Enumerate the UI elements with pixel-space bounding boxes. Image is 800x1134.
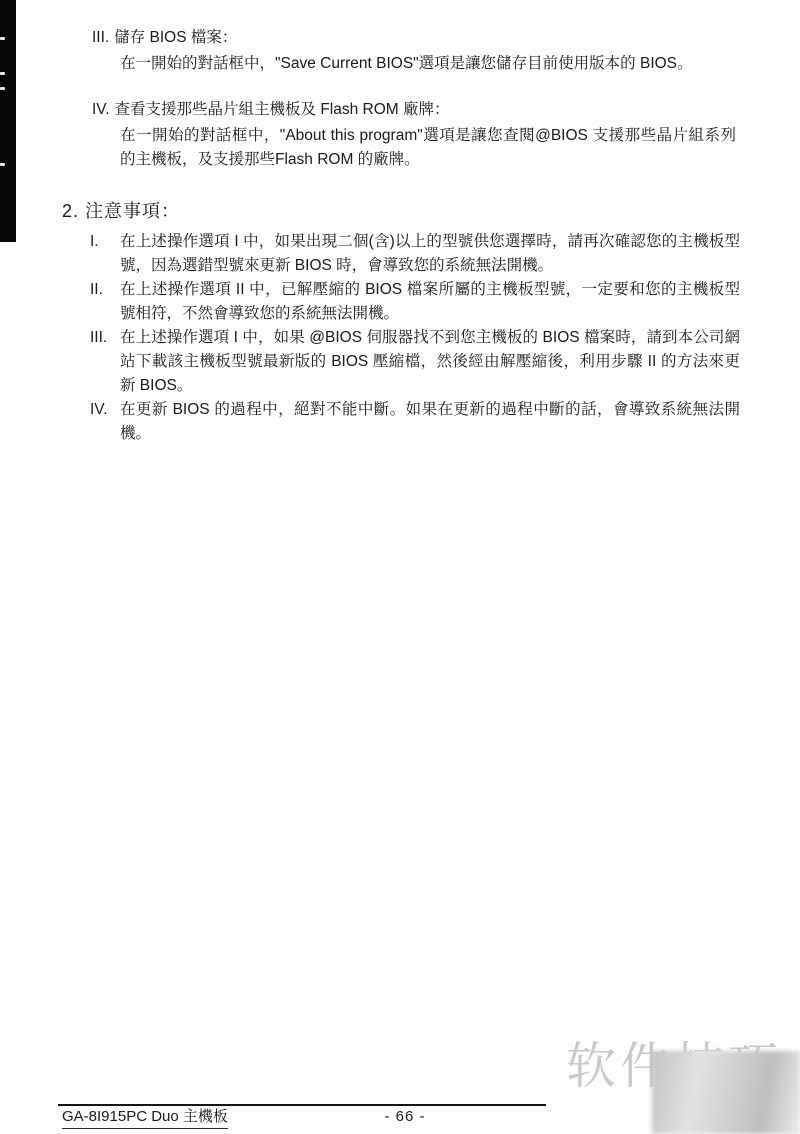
footer-page-number: - 66 - — [360, 1108, 450, 1125]
step-heading: IV.查看支援那些晶片組主機板及 Flash ROM 廠牌： — [92, 98, 740, 122]
step-label: III. — [92, 29, 109, 46]
manual-page: III.儲存 BIOS 檔案： 在一開始的對話框中，"Save Current … — [0, 0, 800, 1134]
note-number: II. — [90, 278, 120, 326]
note-item: III. 在上述操作選項 I 中，如果 @BIOS 伺服器找不到您主機板的 BI… — [90, 326, 740, 398]
page-body: III.儲存 BIOS 檔案： 在一開始的對話框中，"Save Current … — [0, 26, 800, 446]
step-item-about-program: IV.查看支援那些晶片組主機板及 Flash ROM 廠牌： 在一開始的對話框中… — [92, 98, 740, 172]
note-item: II. 在上述操作選項 II 中，已解壓縮的 BIOS 檔案所屬的主機板型號，一… — [90, 278, 740, 326]
step-body-text: 在一開始的對話框中，"Save Current BIOS"選項是讓您儲存目前使用… — [120, 52, 736, 76]
step-item-save-bios: III.儲存 BIOS 檔案： 在一開始的對話框中，"Save Current … — [92, 26, 740, 76]
step-label: IV. — [92, 101, 110, 118]
note-text: 在更新 BIOS 的過程中，絕對不能中斷。如果在更新的過程中斷的話，會導致系統無… — [120, 398, 740, 446]
step-title: 儲存 BIOS 檔案： — [114, 29, 237, 46]
note-text: 在上述操作選項 I 中，如果 @BIOS 伺服器找不到您主機板的 BIOS 檔案… — [120, 326, 740, 398]
scan-smudge — [652, 1051, 800, 1134]
note-number: III. — [90, 326, 120, 398]
note-number: IV. — [90, 398, 120, 446]
footer-rule — [58, 1104, 546, 1106]
step-body-text: 在一開始的對話框中，"About this program"選項是讓您查閱@BI… — [120, 124, 736, 172]
footer-model-name: GA-8I915PC Duo 主機板 — [62, 1108, 228, 1129]
note-text: 在上述操作選項 II 中，已解壓縮的 BIOS 檔案所屬的主機板型號，一定要和您… — [120, 278, 740, 326]
step-heading: III.儲存 BIOS 檔案： — [92, 26, 740, 50]
note-number: I. — [90, 230, 120, 278]
note-item: IV. 在更新 BIOS 的過程中，絕對不能中斷。如果在更新的過程中斷的話，會導… — [90, 398, 740, 446]
note-text: 在上述操作選項 I 中，如果出現二個(含)以上的型號供您選擇時，請再次確認您的主… — [120, 230, 740, 278]
notes-section-heading: 2. 注意事項： — [62, 198, 800, 224]
step-title: 查看支援那些晶片組主機板及 Flash ROM 廠牌： — [115, 101, 450, 118]
note-item: I. 在上述操作選項 I 中，如果出現二個(含)以上的型號供您選擇時，請再次確認… — [90, 230, 740, 278]
